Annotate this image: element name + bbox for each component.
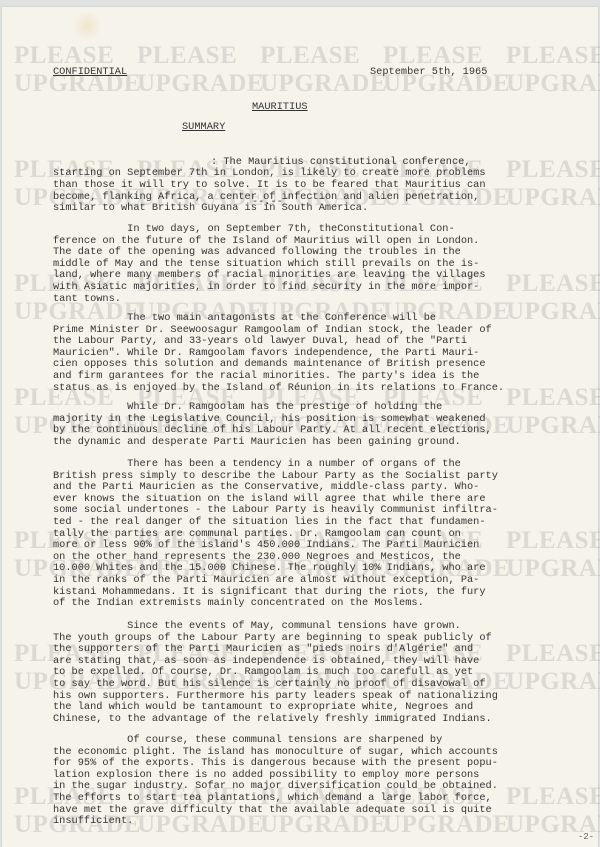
text-line: tant towns. xyxy=(53,294,486,306)
text-line: insufficient. xyxy=(53,816,498,828)
paragraph: There has been a tendency in a number of… xyxy=(53,459,498,610)
document-date: September 5th, 1965 xyxy=(370,67,487,79)
text-line: ted - the real danger of the situation l… xyxy=(53,517,498,529)
summary-block: SUMMARY : The Mauritius constitutional c… xyxy=(53,122,486,226)
text-line: in the ranks of the Parti Mauricien are … xyxy=(53,575,498,587)
paper-stain xyxy=(72,11,102,41)
page-number: -2- xyxy=(578,832,594,844)
text-line: than those it will try to solve. It is t… xyxy=(53,180,486,192)
section-separator: --.-- xyxy=(252,197,283,209)
text-line: While Dr. Ramgoolam has the prestige of … xyxy=(53,402,492,414)
summary-label: SUMMARY xyxy=(182,122,225,134)
paragraph: While Dr. Ramgoolam has the prestige of … xyxy=(53,402,492,448)
text-line: and firm garantees for the racial minori… xyxy=(53,371,504,383)
text-line: more or less 90% of the island's 450.000… xyxy=(53,540,498,552)
paragraph: Of course, these communal tensions are s… xyxy=(53,735,498,828)
text-line: status as is enjoyed by the Island of Ré… xyxy=(53,383,504,395)
text-line: to say the word. But his silence is cert… xyxy=(53,679,498,691)
text-line: The efforts to start tea plantations, wh… xyxy=(53,793,498,805)
text-line: The two main antagonists at the Conferen… xyxy=(53,313,504,325)
paragraph: The two main antagonists at the Conferen… xyxy=(53,313,504,394)
text-line: Of course, these communal tensions are s… xyxy=(53,735,498,747)
text-line: of the Indian extremists mainly concentr… xyxy=(53,598,498,610)
text-line: In two days, on September 7th, theConsti… xyxy=(53,224,486,236)
text-line: with Asiatic majorities, in order to fin… xyxy=(53,282,486,294)
paragraph: Since the events of May, communal tensio… xyxy=(53,621,498,725)
document-title: MAURITIUS xyxy=(252,102,308,114)
text-line: Chinese, to the advantage of the relativ… xyxy=(53,714,498,726)
text-line: Since the events of May, communal tensio… xyxy=(53,621,498,633)
text-line: There has been a tendency in a number of… xyxy=(53,459,498,471)
text-line: the dynamic and desperate Parti Mauricie… xyxy=(53,437,492,449)
text-line: the land which would be tantamount to ex… xyxy=(53,702,498,714)
paragraph: In two days, on September 7th, theConsti… xyxy=(53,224,486,305)
classification-label: CONFIDENTIAL xyxy=(53,67,127,79)
